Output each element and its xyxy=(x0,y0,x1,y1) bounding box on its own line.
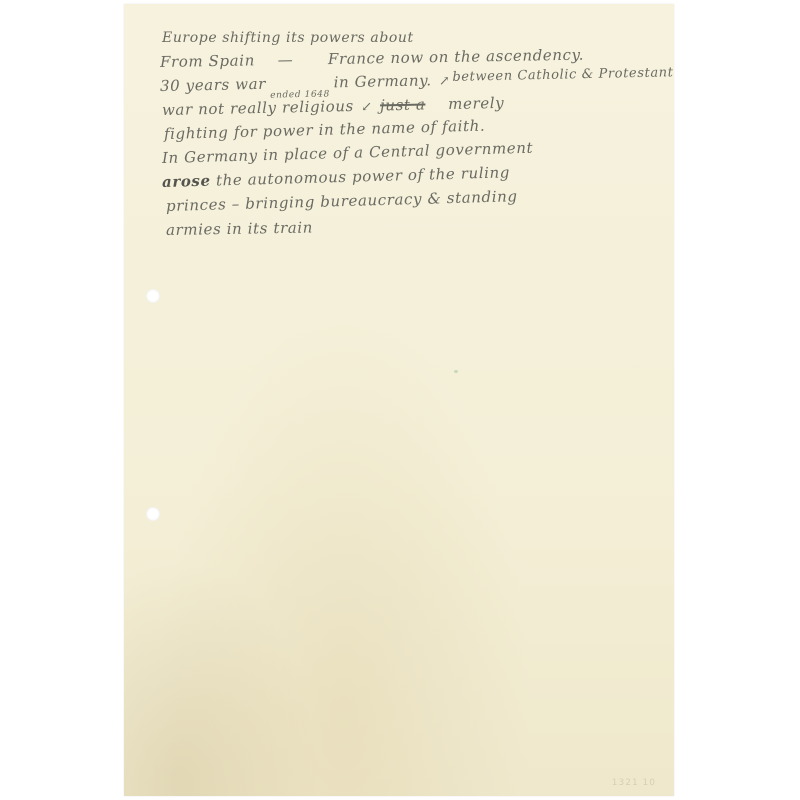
note-text: 30 years war xyxy=(160,75,266,95)
document-page: Europe shifting its powers about From Sp… xyxy=(124,4,674,796)
insert-arrow-icon: ↙ xyxy=(361,100,373,115)
insert-arrow-icon: ↗ xyxy=(439,74,451,89)
stray-mark xyxy=(454,370,458,373)
struck-text: just a xyxy=(380,95,426,114)
note-text: armies in its train xyxy=(166,218,313,239)
note-text: in Germany. xyxy=(333,71,431,91)
note-text: Europe shifting its powers about xyxy=(162,30,414,46)
note-text: France now on the ascendency. xyxy=(328,46,584,68)
punch-hole-bottom xyxy=(146,507,160,521)
punch-hole-top xyxy=(146,289,160,303)
archive-stamp: 1321 10 xyxy=(612,778,656,788)
inserted-annotation: between Catholic & Protestant xyxy=(452,65,673,85)
dash: — xyxy=(277,51,293,69)
note-text: merely xyxy=(448,94,504,113)
note-text: war not really religious xyxy=(162,97,354,119)
handwritten-notes: Europe shifting its powers about From Sp… xyxy=(160,26,670,242)
note-text: From Spain xyxy=(160,51,255,71)
overwritten-text: arose xyxy=(162,172,211,191)
